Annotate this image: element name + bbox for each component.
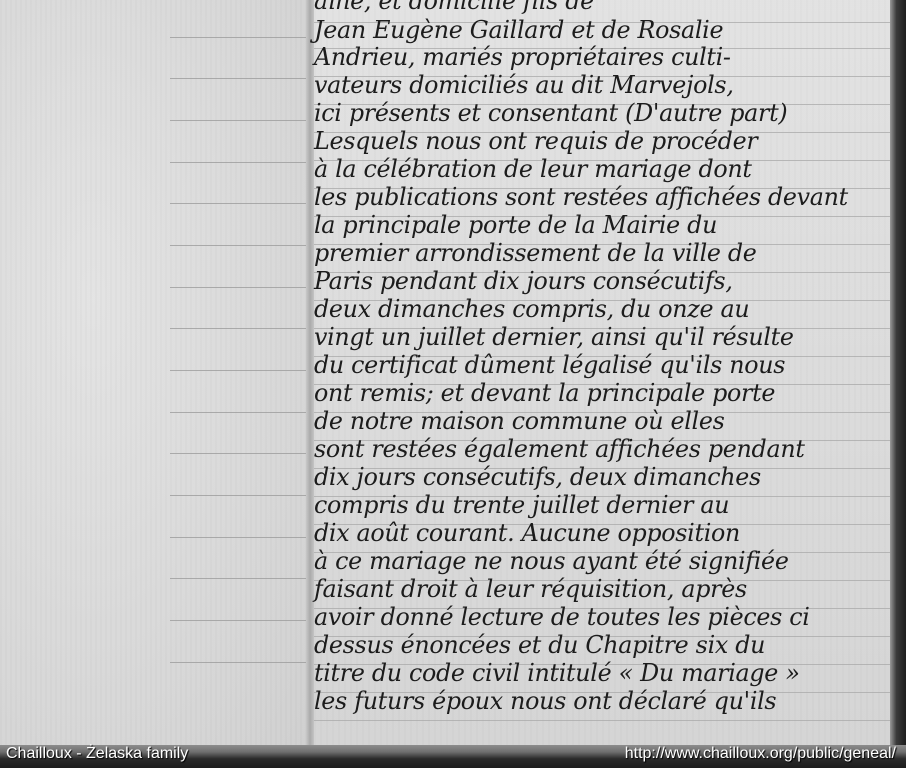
book-edge-shadow bbox=[890, 0, 906, 745]
margin-rule bbox=[170, 662, 310, 663]
source-url: http://www.chailloux.org/public/geneal/ bbox=[625, 745, 896, 763]
page-rule bbox=[314, 720, 890, 721]
margin-rule bbox=[170, 78, 310, 79]
margin-rule bbox=[170, 37, 310, 38]
family-caption: Chailloux - Żelaska family bbox=[6, 745, 188, 763]
margin-rule bbox=[170, 328, 310, 329]
right-page: aîné, et domicilié fils de Jean Eugène G… bbox=[314, 0, 890, 745]
margin-rule bbox=[170, 245, 310, 246]
handwritten-line: les futurs époux nous ont déclaré qu'ils bbox=[314, 684, 884, 718]
margin-rule bbox=[170, 203, 310, 204]
margin-rule bbox=[170, 537, 310, 538]
caption-bar: Chailloux - Żelaska family http://www.ch… bbox=[0, 745, 906, 768]
margin-rule bbox=[170, 162, 310, 163]
margin-rule bbox=[170, 578, 310, 579]
page-gutter bbox=[306, 0, 314, 745]
margin-rule bbox=[170, 287, 310, 288]
margin-rule bbox=[170, 495, 310, 496]
margin-rule bbox=[170, 120, 310, 121]
scanned-register: aîné, et domicilié fils de Jean Eugène G… bbox=[0, 0, 906, 745]
margin-rule bbox=[170, 453, 310, 454]
margin-rule bbox=[170, 370, 310, 371]
margin-rule bbox=[170, 412, 310, 413]
margin-rule bbox=[170, 620, 310, 621]
left-page bbox=[0, 0, 310, 745]
